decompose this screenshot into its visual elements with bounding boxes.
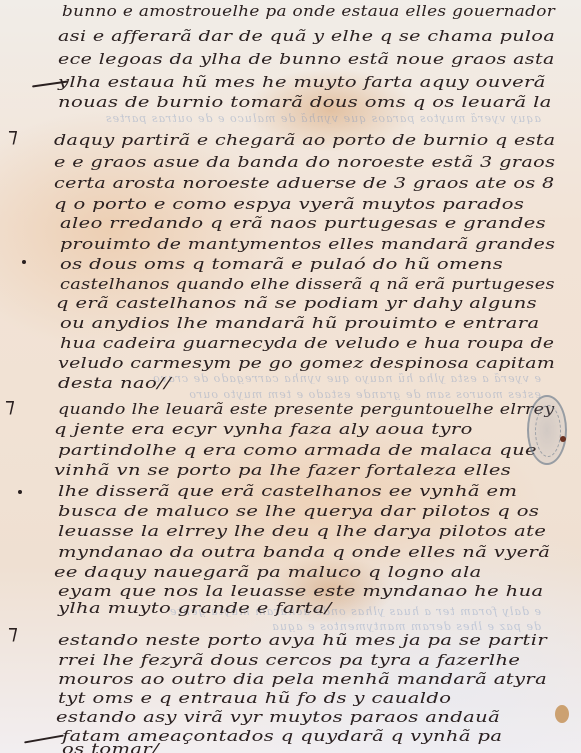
archive-stamp: [527, 395, 567, 465]
text-line: ece legoas da ylha de bunno estã noue gr…: [58, 50, 555, 68]
paragraph-mark-icon: ⁊: [8, 620, 18, 644]
margin-dot: [22, 260, 26, 264]
text-line: busca de maluco se lhe querya dar piloto…: [58, 502, 539, 520]
text-line: estando asy virã vyr muytos paraos andau…: [56, 708, 500, 726]
text-line: rrei lhe fezyrã dous cercos pa tyra a fa…: [58, 651, 520, 669]
text-line: mouros ao outro dia pela menhã mandarã a…: [58, 670, 547, 688]
text-line: ylha estaua hũ mes he muyto farta aquy o…: [58, 73, 546, 91]
text-line: vinhã vn se porto pa lhe fazer fortaleza…: [54, 461, 511, 479]
text-line: castelhanos quando elhe disserã q nã erã…: [60, 275, 555, 293]
paragraph-mark-icon: ⁊: [8, 123, 18, 147]
manuscript-page: aquy vyerã muytos paraos que vynhã de ma…: [0, 0, 581, 753]
text-line: ee daquy nauegarã pa maluco q logno ala: [54, 563, 482, 581]
text-line: tyt oms e q entraua hũ fo ds y caualdo: [58, 689, 451, 707]
text-line: leuasse la elrrey lhe deu q lhe darya pi…: [58, 522, 546, 540]
bleed-through-text: aquy vyerã muytos paraos que vynhã de ma…: [70, 112, 541, 124]
text-line: hua cadeira guarnecyda de veludo e hua r…: [60, 334, 554, 352]
stamp-inner-ring: [535, 405, 561, 457]
text-line: q jente era ecyr vynha faza aly aoua tyr…: [54, 420, 473, 438]
text-line: partindolhe q era como armada de malaca …: [58, 441, 537, 459]
text-line: ylha muyto grande e farta/: [58, 599, 332, 617]
text-line: desta nao//: [58, 374, 171, 392]
text-line: aleo rredando q erã naos purtugesas e gr…: [60, 214, 546, 232]
margin-dot: [18, 490, 22, 494]
text-line: ou anydios lhe mandarã hũ prouimto e ent…: [60, 314, 539, 332]
text-line: q o porto e como espya vyerã muytos para…: [54, 195, 524, 213]
text-line: e e graos asue da banda do noroeste estã…: [54, 153, 555, 171]
stain-spot: [555, 705, 569, 723]
text-line: eyam que nos la leuasse este myndanao he…: [58, 582, 544, 600]
text-line: os tomar/: [62, 740, 159, 753]
text-line: lhe disserã que erã castelhanos ee vynhã…: [58, 482, 517, 500]
text-line: estando neste porto avya hũ mes ja pa se…: [58, 631, 547, 649]
ink-blot: [560, 436, 566, 442]
text-line: prouimto de mantymentos elles mandarã gr…: [60, 235, 555, 253]
text-line: q erã castelhanos nã se podiam yr dahy a…: [56, 294, 537, 312]
text-line: daquy partirã e chegarã ao porto de burn…: [54, 131, 556, 149]
text-line: nouas de burnio tomarã dous oms q os leu…: [58, 93, 552, 111]
text-line: asi e afferarã dar de quã y elhe q se ch…: [58, 27, 555, 45]
paragraph-mark-icon: ⁊: [5, 393, 15, 417]
text-line: myndanao da outra banda q onde elles nã …: [58, 543, 550, 561]
text-line: bunno e amostrouelhe pa onde estaua elle…: [62, 2, 555, 20]
flourish: [24, 735, 64, 744]
text-line: veludo carmesym pe go gomez despinosa ca…: [58, 354, 555, 372]
text-line: certa arosta noroeste aduerse de 3 graos…: [54, 174, 555, 192]
text-line: os dous oms q tomarã e pulaó do hũ omens: [60, 255, 503, 273]
text-line: quando lhe leuarã este presente pergunto…: [58, 400, 555, 418]
